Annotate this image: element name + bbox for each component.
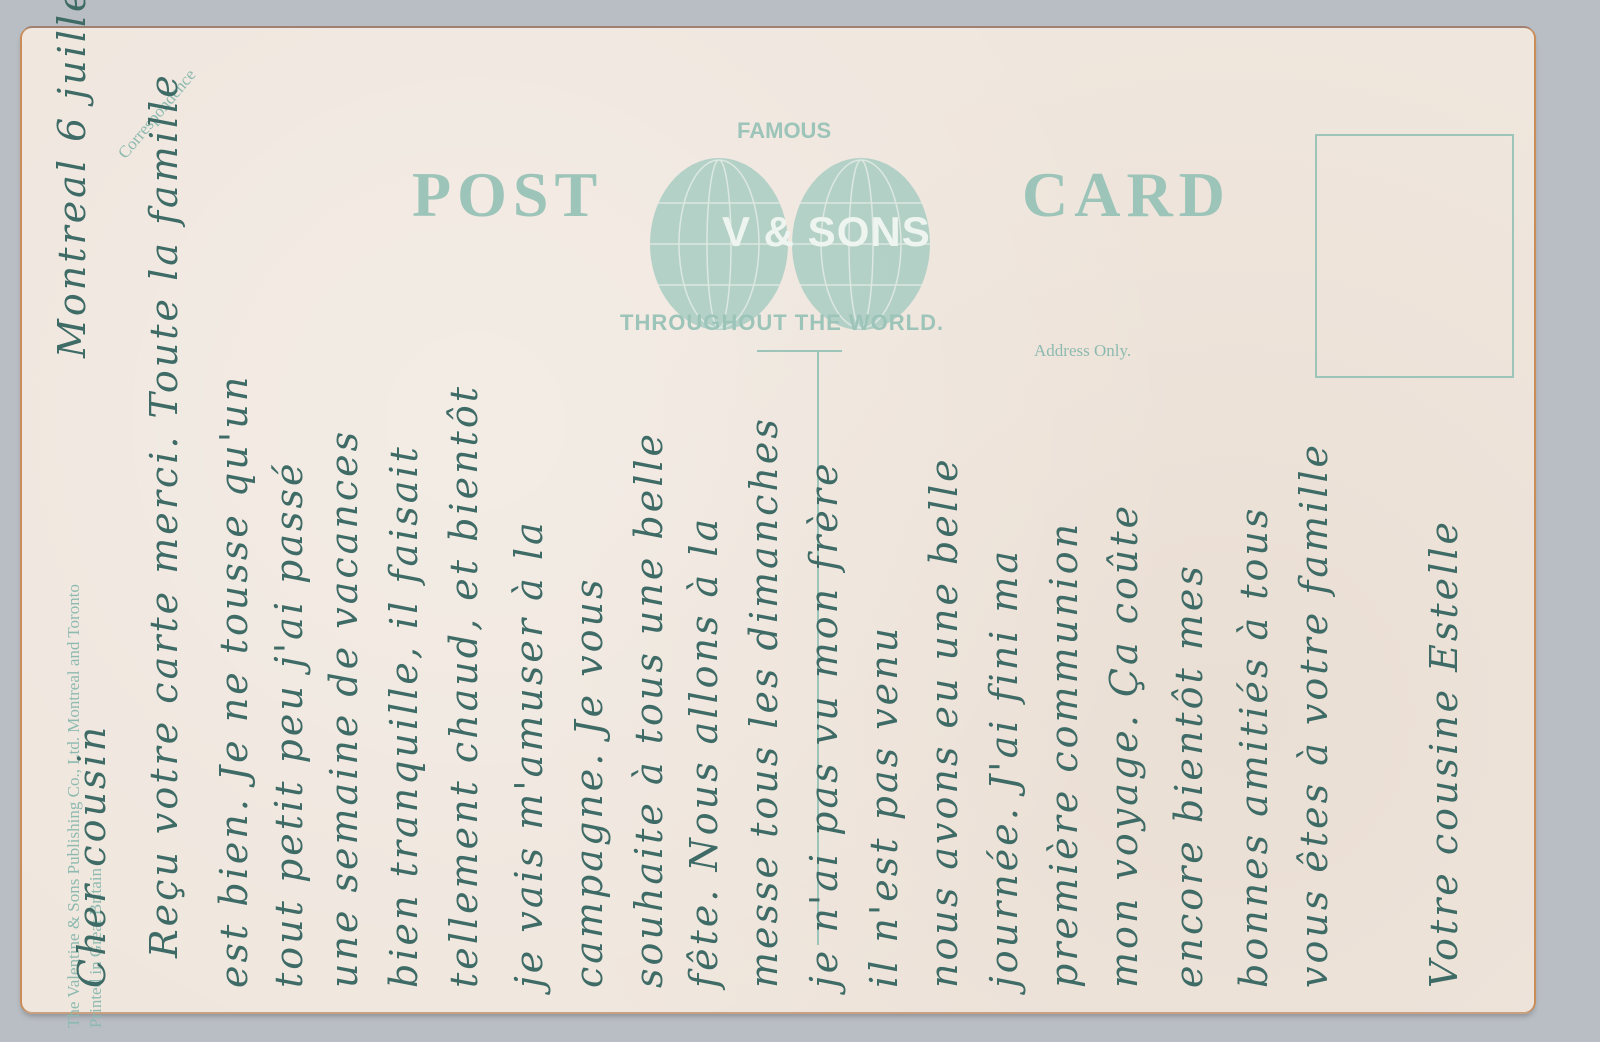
handwriting-line: tout petit peu j'ai passé bbox=[267, 460, 311, 988]
postcard: POST CARD FAMOUS V & SONS THROUGHOUT THE… bbox=[22, 28, 1534, 1012]
handwriting-line: Votre cousine Estelle bbox=[1422, 519, 1466, 988]
handwriting-line: il n'est pas venu bbox=[862, 625, 906, 988]
handwriting-line: nous avons eu une belle bbox=[922, 456, 966, 988]
post-heading: POST bbox=[412, 158, 603, 232]
handwriting-line: bonnes amitiés à tous bbox=[1232, 506, 1276, 988]
handwriting-line: mon voyage. Ça coûte bbox=[1102, 503, 1146, 988]
handwriting-line: messe tous les dimanches bbox=[742, 416, 786, 988]
stamp-box bbox=[1315, 134, 1514, 378]
handwriting-line: première communion bbox=[1042, 521, 1086, 988]
handwriting-line: Reçu votre carte merci. Toute la famille bbox=[142, 72, 186, 958]
logo-bottom-text: THROUGHOUT THE WORLD. bbox=[620, 310, 944, 336]
handwriting-line: journée. J'ai fini ma bbox=[982, 548, 1026, 988]
divider-horizontal bbox=[757, 350, 842, 352]
address-label: Address Only. bbox=[1034, 341, 1131, 361]
handwriting-line: Montreal 6 juillet bbox=[50, 0, 94, 358]
card-heading: CARD bbox=[1022, 158, 1231, 232]
handwriting-line: Cher cousin bbox=[70, 724, 114, 988]
handwriting-line: campagne. Je vous bbox=[567, 576, 611, 988]
handwriting-line: vous êtes à votre famille bbox=[1292, 442, 1336, 988]
logo-top-text: FAMOUS bbox=[737, 118, 831, 144]
logo-center-text: V & SONS bbox=[722, 208, 931, 256]
handwriting-line: je n'ai pas vu mon frère bbox=[802, 460, 846, 988]
handwriting-line: est bien. Je ne tousse qu'un bbox=[212, 374, 256, 988]
handwriting-line: tellement chaud, et bientôt bbox=[442, 384, 486, 988]
handwriting-line: souhaite à tous une belle bbox=[627, 431, 671, 988]
handwriting-line: fête. Nous allons à la bbox=[682, 516, 726, 988]
handwriting-line: je vais m'amuser à la bbox=[507, 519, 551, 988]
handwriting-line: encore bientôt mes bbox=[1167, 563, 1211, 988]
handwriting-line: une semaine de vacances bbox=[322, 429, 366, 988]
handwriting-line: bien tranquille, il faisait bbox=[382, 444, 426, 988]
